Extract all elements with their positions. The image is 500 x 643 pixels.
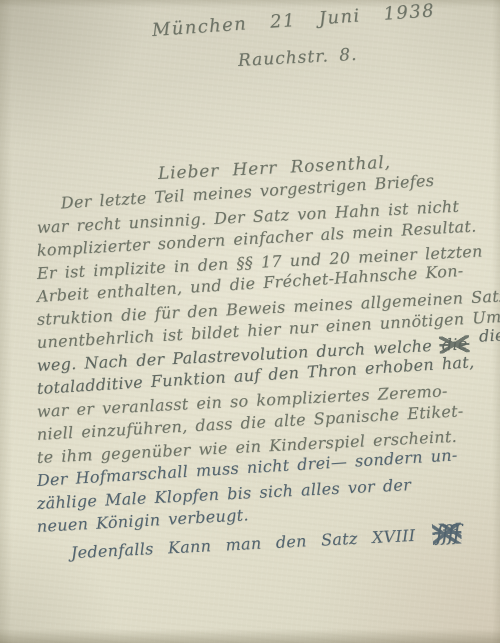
address-line: Rauchstr. 8. (237, 45, 357, 71)
letter-body: Der letzte Teil meines vorgestrigen Brie… (37, 193, 486, 565)
dateline: München 21 Juni 1938 (151, 0, 435, 41)
letter-content: München 21 Juni 1938 Rauchstr. 8. Lieber… (0, 0, 500, 643)
ink-scribble: ſſſſ (435, 522, 459, 546)
inserted-word: die (478, 323, 500, 347)
